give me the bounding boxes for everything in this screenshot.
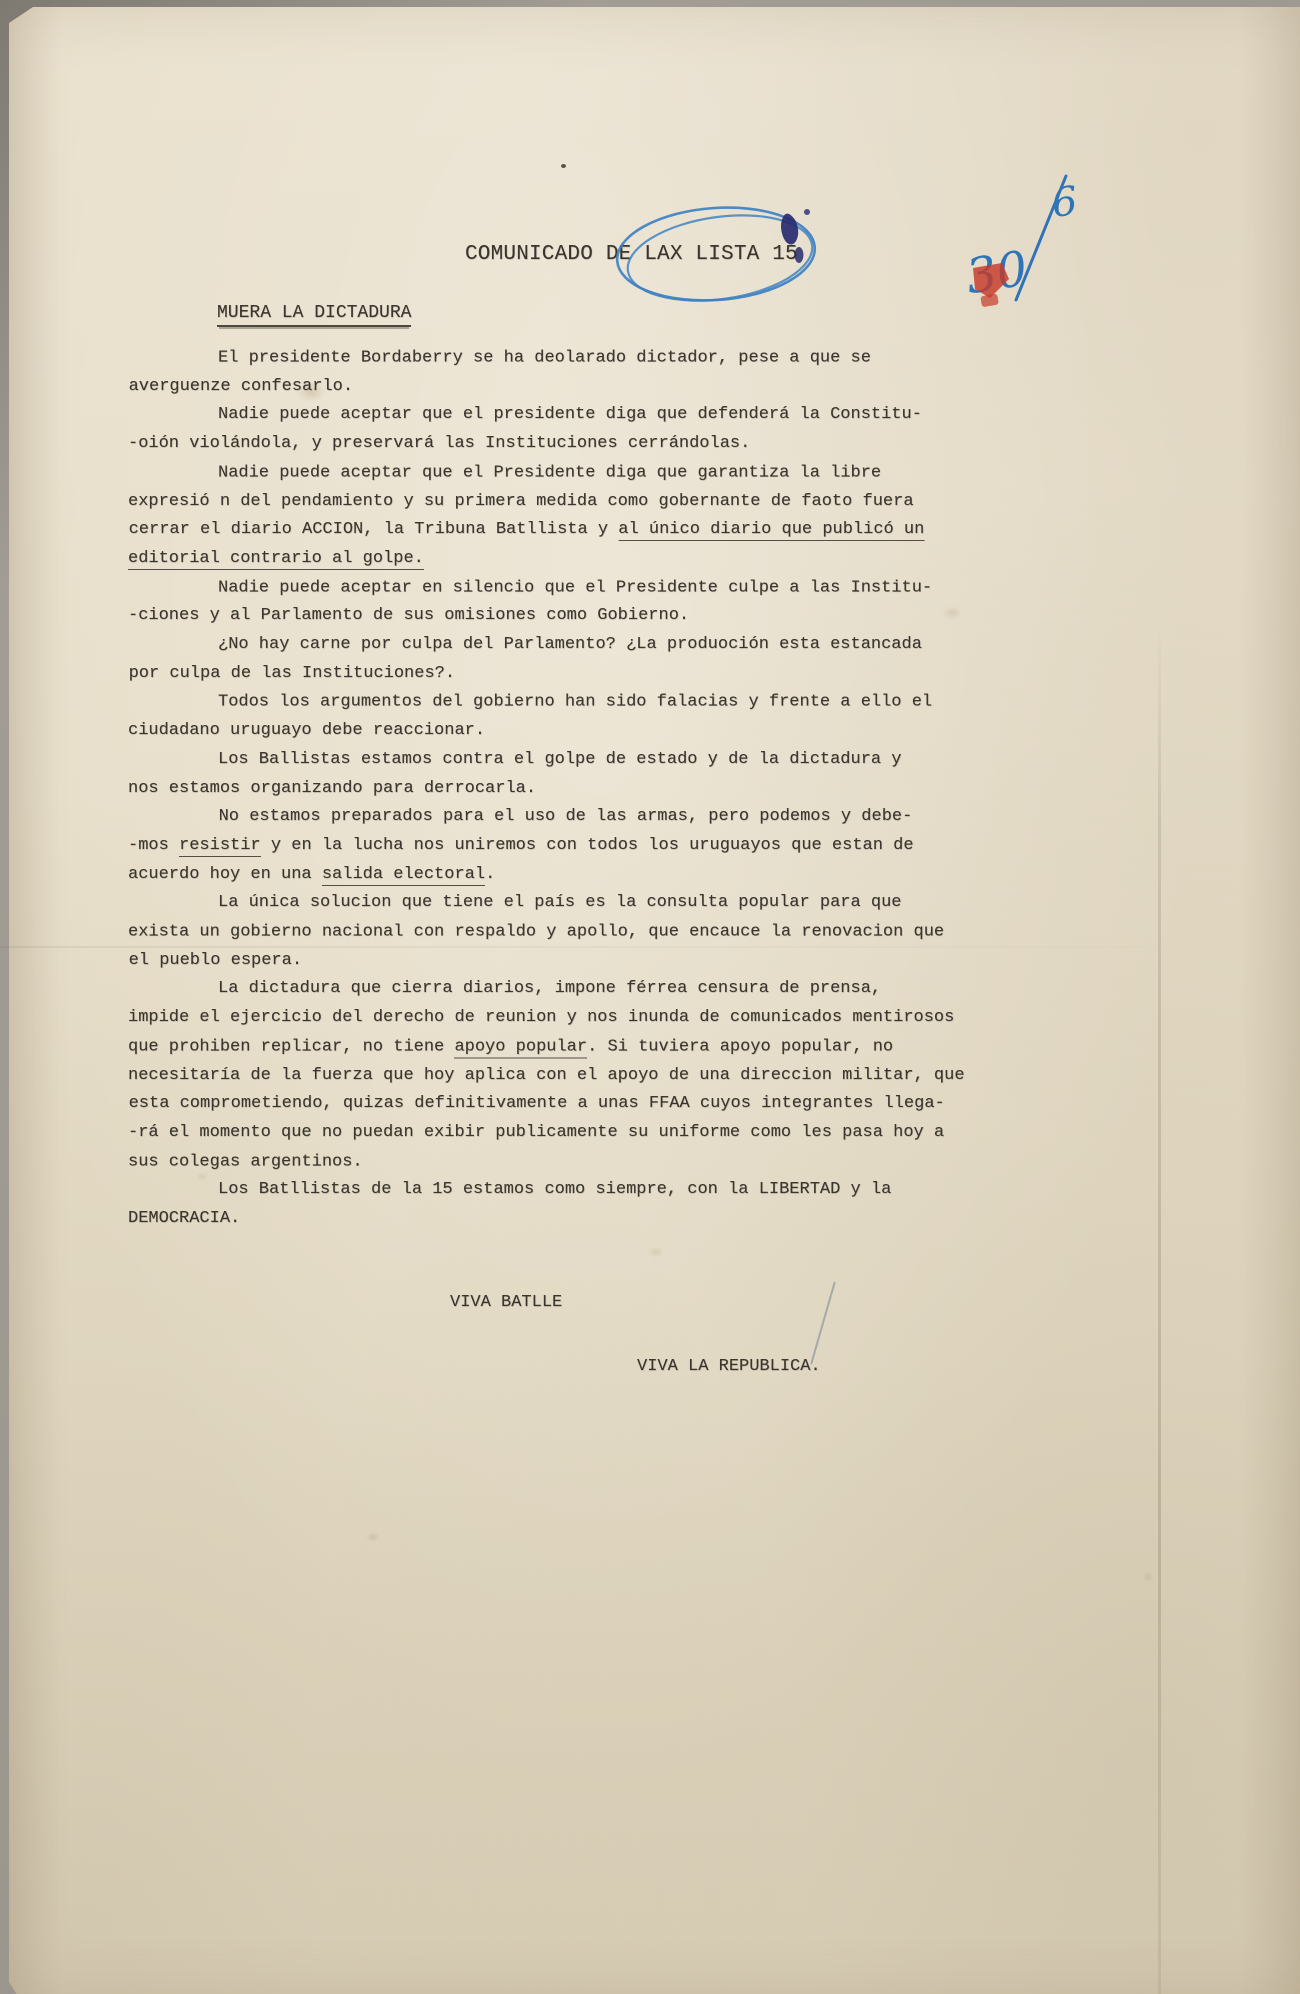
text-line: El presidente Bordaberry se ha deolarado…	[128, 345, 1028, 374]
text-segment: que prohiben replicar, no tiene	[128, 1037, 454, 1056]
text-segment: exista un gobierno nacional con respaldo…	[128, 923, 944, 942]
text-segment: cerrar el diario ACCION, la Tribuna Batl…	[129, 520, 619, 539]
text-line: esta comprometiendo, quizas definitivame…	[129, 1090, 1029, 1119]
text-segment: -mos	[128, 836, 179, 855]
text-line: el pueblo espera.	[129, 947, 1029, 976]
text-line: DEMOCRACIA.	[128, 1205, 1028, 1234]
text-line: Nadie puede aceptar que el Presidente di…	[128, 459, 1028, 488]
text-segment: Todos los argumentos del gobierno han si…	[218, 693, 932, 712]
text-line: La dictadura que cierra diarios, impone …	[128, 975, 1028, 1004]
text-line: Todos los argumentos del gobierno han si…	[128, 689, 1028, 718]
text-segment: -rá el momento que no puedan exibir publ…	[128, 1123, 944, 1142]
text-segment: .	[485, 865, 495, 884]
text-line: editorial contrario al golpe.	[128, 545, 1028, 574]
text-line: Nadie puede aceptar que el presidente di…	[128, 401, 1028, 430]
text-segment: -oión violándola, y preservará las Insti…	[128, 434, 750, 453]
text-segment: Los Ballistas estamos contra el golpe de…	[218, 750, 902, 769]
text-segment: -ciones y al Parlamento de sus omisiones…	[128, 606, 689, 625]
ink-speck	[561, 164, 566, 168]
text-segment: La única solucion que tiene el país es l…	[218, 893, 902, 912]
heading: MUERA LA DICTADURA	[217, 303, 411, 327]
underlined-text: apoyo popular	[454, 1037, 587, 1058]
underlined-text: editorial contrario al golpe.	[128, 549, 424, 570]
text-line: Nadie puede aceptar en silencio que el P…	[128, 574, 1028, 603]
text-segment: No estamos preparados para el uso de las…	[219, 807, 913, 826]
text-segment: sus colegas argentinos.	[128, 1152, 363, 1171]
text-line: averguenze confesarlo.	[129, 373, 1029, 402]
text-line: -ciones y al Parlamento de sus omisiones…	[128, 602, 1028, 631]
text-segment: La dictadura que cierra diarios, impone …	[218, 979, 881, 998]
document-title: COMUNICADO DE LAX LISTA 15	[465, 243, 798, 266]
text-line: acuerdo hoy en una salida electoral.	[128, 861, 1028, 890]
text-segment: necesitaría de la fuerza que hoy aplica …	[128, 1066, 965, 1085]
text-segment: ¿No hay carne por culpa del Parlamento? …	[218, 635, 922, 654]
scanned-document: COMUNICADO DE LAX LISTA 15 30 6 MUERA LA…	[0, 0, 1300, 1994]
text-segment: impide el ejercicio del derecho de reuni…	[128, 1008, 954, 1027]
text-line: ciudadano uruguayo debe reaccionar.	[128, 717, 1028, 746]
text-line: Los Batllistas de la 15 estamos como sie…	[128, 1176, 1028, 1205]
text-segment: averguenze confesarlo.	[129, 377, 353, 396]
text-segment: Nadie puede aceptar en silencio que el P…	[218, 578, 932, 597]
text-segment: nos estamos organizando para derrocarla.	[128, 779, 536, 798]
text-segment: Los Batllistas de la 15 estamos como sie…	[218, 1180, 891, 1199]
text-line: expresió n del pendamiento y su primera …	[128, 488, 1028, 517]
closing-viva-batlle: VIVA BATLLE	[450, 1293, 562, 1312]
text-line: por culpa de las Instituciones?.	[129, 660, 1029, 689]
text-line: nos estamos organizando para derrocarla.	[128, 775, 1028, 804]
text-segment: el pueblo espera.	[129, 951, 302, 970]
text-line: que prohiben replicar, no tiene apoyo po…	[128, 1033, 1028, 1062]
underlined-text: al único diario que publicó un	[618, 520, 924, 541]
text-segment: Nadie puede aceptar que el Presidente di…	[218, 463, 881, 482]
text-line: exista un gobierno nacional con respaldo…	[128, 919, 1028, 948]
underlined-text: salida electoral	[322, 865, 485, 886]
text-line: -rá el momento que no puedan exibir publ…	[128, 1119, 1028, 1148]
text-segment: esta comprometiendo, quizas definitivame…	[129, 1094, 945, 1113]
text-line: necesitaría de la fuerza que hoy aplica …	[128, 1062, 1028, 1091]
text-line: -oión violándola, y preservará las Insti…	[128, 430, 1028, 459]
text-line: Los Ballistas estamos contra el golpe de…	[128, 746, 1028, 775]
text-segment: . Si tuviera apoyo popular, no	[587, 1037, 893, 1056]
text-line: ¿No hay carne por culpa del Parlamento? …	[128, 631, 1028, 660]
text-line: -mos resistir y en la lucha nos uniremos…	[128, 832, 1028, 861]
text-segment: acuerdo hoy en una	[128, 865, 322, 884]
text-segment: DEMOCRACIA.	[128, 1209, 240, 1228]
body-lines: El presidente Bordaberry se ha deolarado…	[128, 344, 1028, 1234]
text-segment: y en la lucha nos uniremos con todos los…	[261, 836, 914, 855]
text-line: impide el ejercicio del derecho de reuni…	[128, 1004, 1028, 1033]
text-line: La única solucion que tiene el país es l…	[128, 889, 1028, 918]
text-segment: Nadie puede aceptar que el presidente di…	[218, 405, 922, 424]
text-line: cerrar el diario ACCION, la Tribuna Batl…	[129, 516, 1029, 545]
text-segment: El presidente Bordaberry se ha deolarado…	[218, 349, 871, 368]
text-line: No estamos preparados para el uso de las…	[129, 803, 1029, 832]
closing-viva-republica: VIVA LA REPUBLICA.	[637, 1357, 821, 1376]
text-segment: expresió n del pendamiento y su primera …	[128, 492, 914, 511]
underlined-text: resistir	[179, 836, 261, 857]
text-line: sus colegas argentinos.	[128, 1148, 1028, 1177]
text-segment: por culpa de las Instituciones?.	[129, 664, 455, 683]
text-segment: ciudadano uruguayo debe reaccionar.	[128, 721, 485, 740]
